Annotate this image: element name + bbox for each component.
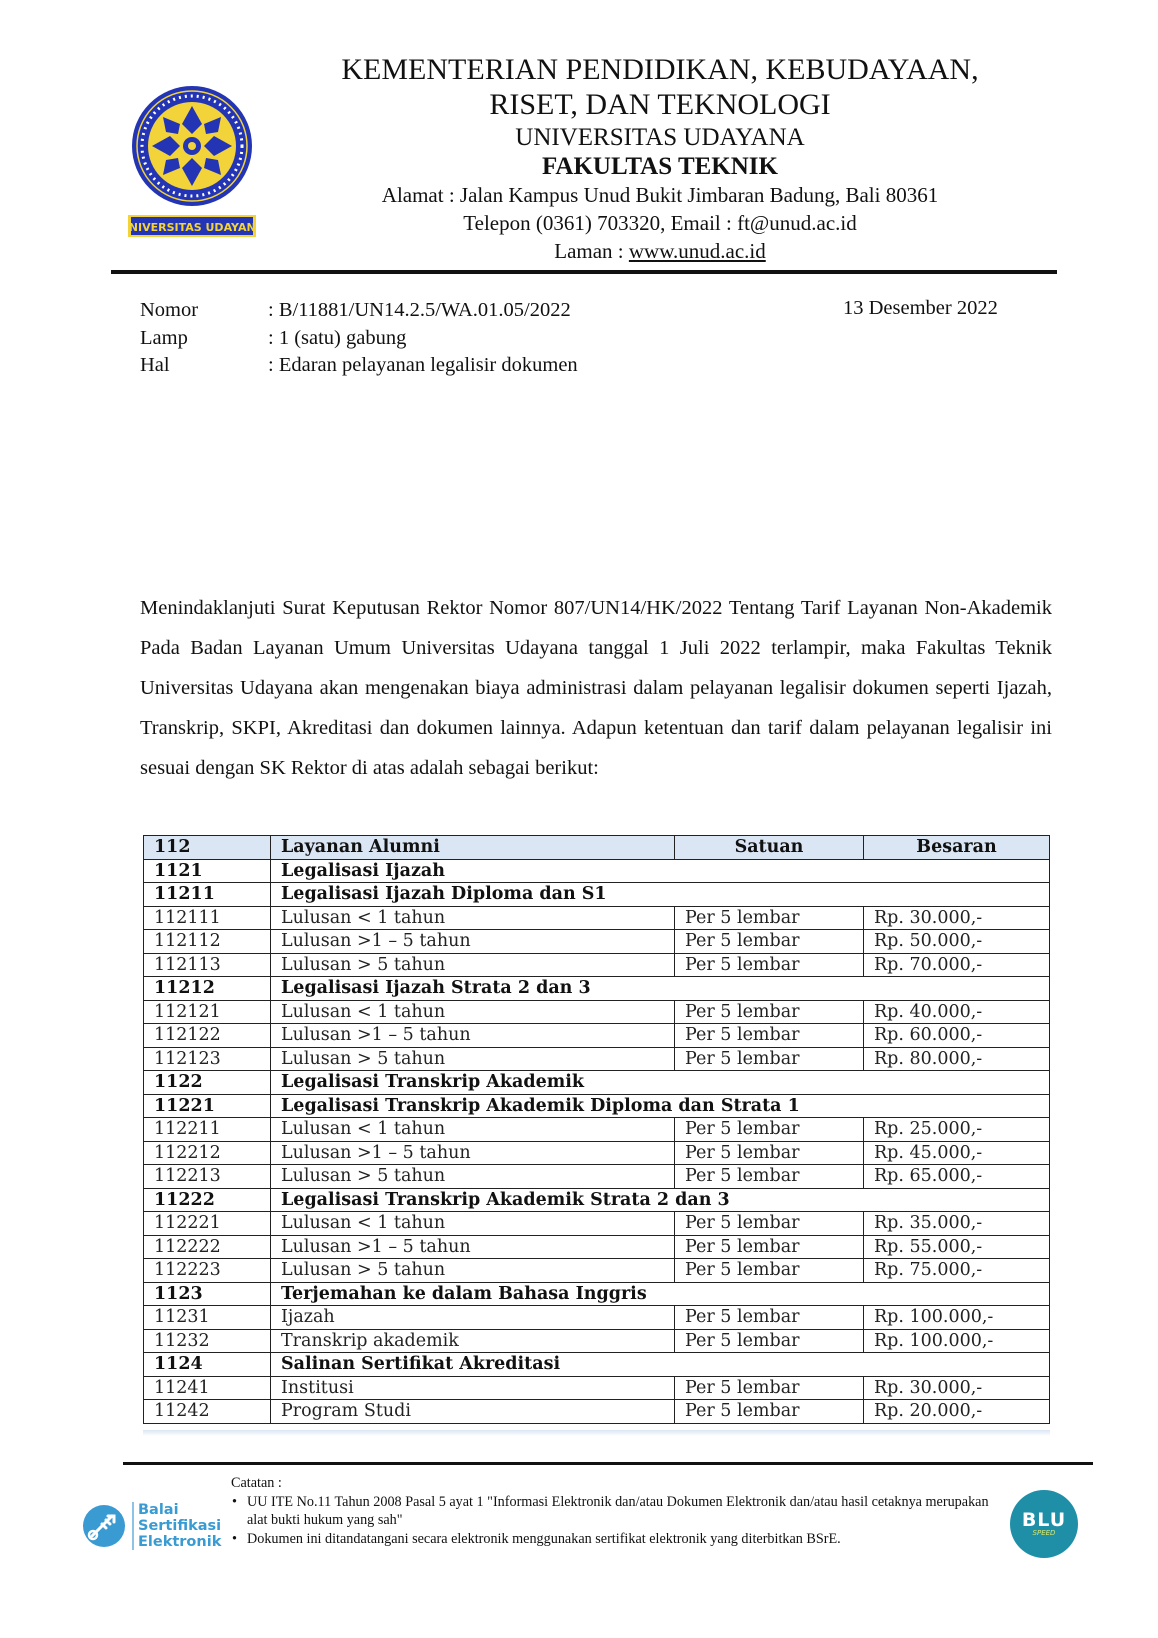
university-name: UNIVERSITAS UDAYANA	[300, 123, 1020, 153]
table-row: 11241InstitusiPer 5 lembarRp. 30.000,-	[144, 1376, 1050, 1400]
letter-meta: Nomor: B/11881/UN14.2.5/WA.01.05/2022 La…	[140, 297, 578, 380]
table-row: 112211Lulusan < 1 tahunPer 5 lembarRp. 2…	[144, 1118, 1050, 1142]
blu-speed-logo: BLU SPEED	[1010, 1490, 1078, 1558]
table-row: 11242Program StudiPer 5 lembarRp. 20.000…	[144, 1400, 1050, 1424]
contact: Telepon (0361) 703320, Email : ft@unud.a…	[300, 210, 1020, 238]
table-row: 112123Lulusan > 5 tahunPer 5 lembarRp. 8…	[144, 1047, 1050, 1071]
table-row: 112212Lulusan >1 – 5 tahunPer 5 lembarRp…	[144, 1141, 1050, 1165]
faculty-name: FAKULTAS TEKNIK	[300, 152, 1020, 182]
website-link[interactable]: www.unud.ac.id	[629, 239, 766, 263]
table-group-row: 11222Legalisasi Transkrip Akademik Strat…	[144, 1188, 1050, 1212]
table-continuation	[143, 1430, 1050, 1436]
table-row: 112112Lulusan >1 – 5 tahunPer 5 lembarRp…	[144, 930, 1050, 954]
university-logo: UNIVERSITAS UDAYANA	[128, 84, 256, 239]
table-group-row: 11221Legalisasi Transkrip Akademik Diplo…	[144, 1094, 1050, 1118]
ministry-name: KEMENTERIAN PENDIDIKAN, KEBUDAYAAN,	[300, 52, 1020, 87]
table-row: 112221Lulusan < 1 tahunPer 5 lembarRp. 3…	[144, 1212, 1050, 1236]
table-group-row: 1124Salinan Sertifikat Akreditasi	[144, 1353, 1050, 1377]
svg-text:UNIVERSITAS UDAYANA: UNIVERSITAS UDAYANA	[128, 221, 256, 234]
letterhead: KEMENTERIAN PENDIDIKAN, KEBUDAYAAN, RISE…	[300, 52, 1020, 266]
table-row: 112222Lulusan >1 – 5 tahunPer 5 lembarRp…	[144, 1235, 1050, 1259]
note-item: Dokumen ini ditandatangani secara elektr…	[245, 1530, 991, 1549]
table-row: 112213Lulusan > 5 tahunPer 5 lembarRp. 6…	[144, 1165, 1050, 1189]
table-row: 112113Lulusan > 5 tahunPer 5 lembarRp. 7…	[144, 953, 1050, 977]
website-line: Laman : www.unud.ac.id	[300, 238, 1020, 266]
letter-date: 13 Desember 2022	[843, 297, 998, 320]
address: Alamat : Jalan Kampus Unud Bukit Jimbara…	[300, 182, 1020, 210]
footer-notes: Catatan : UU ITE No.11 Tahun 2008 Pasal …	[231, 1474, 991, 1548]
key-icon	[82, 1504, 126, 1548]
table-row: 112111Lulusan < 1 tahunPer 5 lembarRp. 3…	[144, 906, 1050, 930]
table-row: 112223Lulusan > 5 tahunPer 5 lembarRp. 7…	[144, 1259, 1050, 1283]
subject: : Edaran pelayanan legalisir dokumen	[268, 352, 578, 380]
table-group-row: 1121Legalisasi Ijazah	[144, 859, 1050, 883]
ministry-name-cont: RISET, DAN TEKNOLOGI	[300, 87, 1020, 122]
notes-title: Catatan :	[231, 1474, 991, 1493]
table-row: 112122Lulusan >1 – 5 tahunPer 5 lembarRp…	[144, 1024, 1050, 1048]
table-group-row: 1123Terjemahan ke dalam Bahasa Inggris	[144, 1282, 1050, 1306]
body-paragraph: Menindaklanjuti Surat Keputusan Rektor N…	[140, 588, 1052, 788]
table-group-row: 11212Legalisasi Ijazah Strata 2 dan 3	[144, 977, 1050, 1001]
table-row: 112121Lulusan < 1 tahunPer 5 lembarRp. 4…	[144, 1000, 1050, 1024]
table-header: 112 Layanan Alumni Satuan Besaran	[144, 836, 1050, 860]
table-group-row: 11211Legalisasi Ijazah Diploma dan S1	[144, 883, 1050, 907]
header-divider	[111, 270, 1057, 274]
table-group-row: 1122Legalisasi Transkrip Akademik	[144, 1071, 1050, 1095]
table-row: 11231IjazahPer 5 lembarRp. 100.000,-	[144, 1306, 1050, 1330]
bsre-logo: Balai Sertifikasi Elektronik	[82, 1494, 232, 1558]
attachment: : 1 (satu) gabung	[268, 325, 406, 353]
table-row: 11232Transkrip akademikPer 5 lembarRp. 1…	[144, 1329, 1050, 1353]
note-item: UU ITE No.11 Tahun 2008 Pasal 5 ayat 1 "…	[245, 1493, 991, 1530]
fee-table: 112 Layanan Alumni Satuan Besaran 1121Le…	[143, 835, 1050, 1424]
footer-divider	[123, 1462, 1093, 1465]
letter-number: : B/11881/UN14.2.5/WA.01.05/2022	[268, 297, 571, 325]
